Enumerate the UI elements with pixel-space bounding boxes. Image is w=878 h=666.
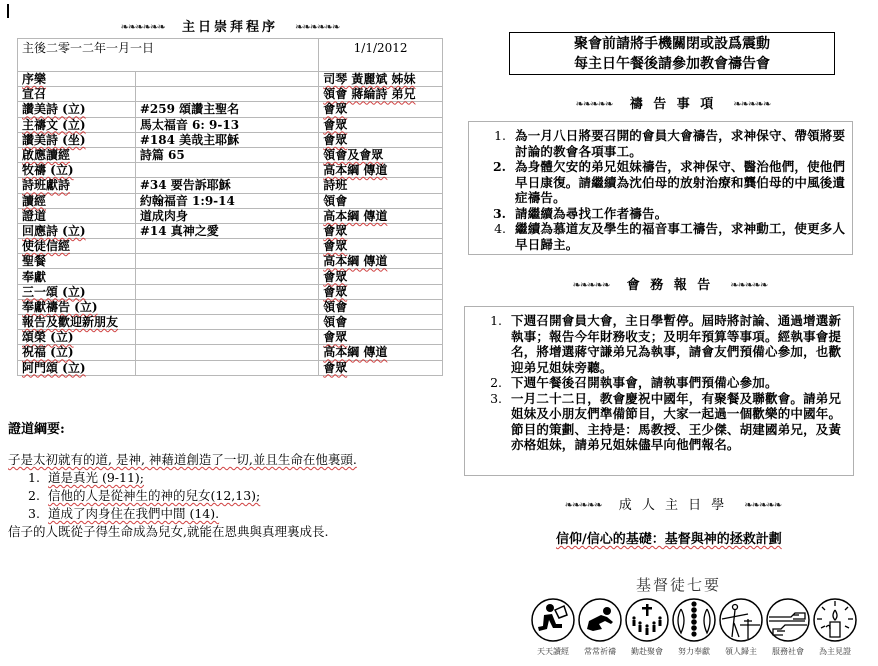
program-detail: #259 頌讚主聖名 [135,102,318,117]
program-leader: 高本綱 傳道 [319,254,443,269]
program-row: 奉獻禱告 (立)領會 [18,299,443,314]
program-item: 奉獻禱告 (立) [18,299,136,314]
phone-notice-box: 聚會前請將手機關閉或設爲震動 每主日午餐後請參加教會禱告會 [509,32,835,75]
program-row: 阿門頌 (立)會眾 [18,360,443,375]
program-leader: 會眾 [319,117,443,132]
fish-offering-icon [671,597,717,643]
program-leader: 高本綱 傳道 [319,208,443,223]
program-row: 聖餐高本綱 傳道 [18,254,443,269]
program-item: 主禱文 (立) [18,117,136,132]
program-row: 三一頌 (立)會眾 [18,284,443,299]
adult-class-title: ❧❧❧❧❧ 成 人 主 日 學 ❧❧❧❧❧ [510,494,836,513]
prayer-item: 3.請繼續為尋找工作者禱告。 [469,206,846,222]
program-leader: 領會 蔣綸詩 弟兄 [319,87,443,102]
outline-intro: 子是太初就有的道, 是神, 神藉道創造了一切,並且生命在他裏頭. [8,451,448,469]
program-row: 祝福 (立)高本綱 傳道 [18,345,443,360]
report-item: 2.下週午餐後召開執事會，請執事們預備心參加。 [465,375,847,391]
program-item: 詩班獻詩 [18,178,136,193]
program-item: 頌榮 (立) [18,330,136,345]
program-item: 回應詩 (立) [18,223,136,238]
ornament-left-icon: ❧❧❧❧❧ [576,99,613,110]
program-detail: #34 要告訴耶穌 [135,178,318,193]
program-detail [135,284,318,299]
date-row: 主後二零一二年一月一日 1/1/2012 [18,39,443,72]
program-leader: 會眾 [319,284,443,299]
essential-item: 領人歸主 [718,597,764,657]
program-leader: 會眾 [319,102,443,117]
program-leader: 會眾 [319,132,443,147]
serving-hands-icon [765,597,811,643]
program-item: 序樂 [18,72,136,87]
essential-item: 常常祈禱 [577,597,623,657]
program-detail: 約翰福音 1:9-14 [135,193,318,208]
program-title-text: 主日崇拜程序 [182,20,278,35]
notice-line-1: 聚會前請將手機關閉或設爲震動 [510,34,834,54]
outline-conclusion: 信子的人既從子得生命成為兒女,就能在恩典與真理裏成長. [8,523,448,541]
date-chinese: 主後二零一二年一月一日 [18,39,319,72]
outline-point: 1.道是真光 (9-11); [8,469,448,487]
lead-to-cross-icon [718,597,764,643]
program-item: 阿門頌 (立) [18,360,136,375]
program-detail: 詩篇 65 [135,147,318,162]
program-item: 證道 [18,208,136,223]
program-leader: 會眾 [319,239,443,254]
prayer-title-text: 禱 告 事 項 [630,97,717,112]
program-row: 回應詩 (立)#14 真神之愛會眾 [18,223,443,238]
program-item: 牧禱 (立) [18,163,136,178]
program-item: 讀經 [18,193,136,208]
program-detail: 馬太福音 6: 9-13 [135,117,318,132]
program-leader: 領會及會眾 [319,147,443,162]
program-row: 啟應讀經詩篇 65領會及會眾 [18,147,443,162]
prayer-item: 1.為一月八日將要召開的會員大會禱告，求神保守、帶領將要討論的教會各項事工。 [469,128,846,159]
program-leader: 高本綱 傳道 [319,345,443,360]
program-leader: 領會 [319,299,443,314]
ornament-right-icon: ❧❧❧❧❧❧ [295,22,339,33]
program-row: 主禱文 (立)馬太福音 6: 9-13會眾 [18,117,443,132]
ornament-left-icon: ❧❧❧❧❧ [573,280,610,291]
program-item: 報告及歡迎新朋友 [18,315,136,330]
ornament-right-icon: ❧❧❧❧❧ [730,280,767,291]
program-leader: 司琴 黃麗斌 姊妹 [319,72,443,87]
program-detail [135,330,318,345]
program-item: 讚美詩 (坐) [18,132,136,147]
ornament-right-icon: ❧❧❧❧❧ [733,99,770,110]
program-detail [135,360,318,375]
program-item: 聖餐 [18,254,136,269]
outline-heading: 證道綱要: [8,418,448,437]
essential-item: 服務社會 [765,597,811,657]
notice-line-2: 每主日午餐後請參加教會禱告會 [510,54,834,74]
ornament-left-icon: ❧❧❧❧❧❧ [121,22,165,33]
program-leader: 領會 [319,193,443,208]
reports-box: 1.下週召開會員大會，主日學暫停。屆時將討論、通過增選新執事；報告今年財務收支；… [464,306,854,476]
outline-point: 2.信他的人是從神生的神的兒女(12,13); [8,487,448,505]
program-row: 牧禱 (立)高本綱 傳道 [18,163,443,178]
ornament-left-icon: ❧❧❧❧❧ [565,500,602,511]
adult-class-title-text: 成 人 主 日 學 [619,498,728,513]
program-detail: 道成肉身 [135,208,318,223]
kneeling-prayer-icon [577,597,623,643]
program-item: 啟應讀經 [18,147,136,162]
program-row: 奉獻會眾 [18,269,443,284]
prayer-item: 4.繼續為慕道友及學生的福音事工禱告，求神動工，使更多人早日歸主。 [469,221,846,252]
reports-title-text: 會 務 報 告 [627,278,714,293]
text-cursor [7,4,9,18]
program-item: 三一頌 (立) [18,284,136,299]
program-leader: 會眾 [319,269,443,284]
essential-item: 天天讀經 [530,597,576,657]
program-leader: 會眾 [319,223,443,238]
program-detail [135,345,318,360]
adult-class-topic: 信仰/信心的基礎：基督與神的拯救計劃 [556,528,782,547]
program-row: 使徒信經會眾 [18,239,443,254]
program-leader: 詩班 [319,178,443,193]
program-leader: 會眾 [319,330,443,345]
prayer-title: ❧❧❧❧❧ 禱 告 事 項 ❧❧❧❧❧ [510,93,836,112]
sermon-outline: 證道綱要: 子是太初就有的道, 是神, 神藉道創造了一切,並且生命在他裏頭. 1… [8,418,448,541]
program-leader: 高本綱 傳道 [319,163,443,178]
date-numeric: 1/1/2012 [319,39,443,72]
program-detail: #184 美哉主耶穌 [135,132,318,147]
essential-item: 為主見證 [812,597,858,657]
seven-essentials-icons: 天天讀經 常常祈禱 勤赴聚會 努力奉獻 領人歸主 服務社會 為主見證 [530,597,858,657]
program-item: 讚美詩 (立) [18,102,136,117]
program-row: 讚美詩 (坐)#184 美哉主耶穌會眾 [18,132,443,147]
candle-witness-icon [812,597,858,643]
prayer-item: 2.為身體欠安的弟兄姐妹禱告，求神保守、醫治他們，使他們早日康復。請繼續為沈伯母… [469,159,846,206]
congregation-cross-icon [624,597,670,643]
program-detail: #14 真神之愛 [135,223,318,238]
program-item: 祝福 (立) [18,345,136,360]
program-row: 報告及歡迎新朋友領會 [18,315,443,330]
program-row: 宣召領會 蔣綸詩 弟兄 [18,87,443,102]
program-row: 讀經約翰福音 1:9-14領會 [18,193,443,208]
program-detail [135,299,318,314]
seven-essentials-title: 基督徒七要 [636,574,721,595]
outline-points: 1.道是真光 (9-11); 2.信他的人是從神生的神的兒女(12,13); 3… [8,469,448,523]
program-title: ❧❧❧❧❧❧ 主日崇拜程序 ❧❧❧❧❧❧ [80,16,380,35]
program-item: 奉獻 [18,269,136,284]
program-row: 序樂司琴 黃麗斌 姊妹 [18,72,443,87]
program-item: 宣召 [18,87,136,102]
essential-item: 努力奉獻 [671,597,717,657]
program-row: 讚美詩 (立)#259 頌讚主聖名會眾 [18,102,443,117]
program-detail [135,269,318,284]
reports-title: ❧❧❧❧❧ 會 務 報 告 ❧❧❧❧❧ [505,274,835,293]
program-detail [135,315,318,330]
program-leader: 會眾 [319,360,443,375]
program-detail [135,163,318,178]
prayer-items-box: 1.為一月八日將要召開的會員大會禱告，求神保守、帶領將要討論的教會各項事工。 2… [468,121,853,255]
program-detail [135,87,318,102]
program-item: 使徒信經 [18,239,136,254]
program-row: 詩班獻詩#34 要告訴耶穌詩班 [18,178,443,193]
reading-bible-icon [530,597,576,643]
report-item: 1.下週召開會員大會，主日學暫停。屆時將討論、通過增選新執事；報告今年財務收支；… [465,313,847,375]
program-row: 證道道成肉身高本綱 傳道 [18,208,443,223]
program-detail [135,239,318,254]
outline-point: 3.道成了肉身住在我們中間 (14). [8,505,448,523]
essential-item: 勤赴聚會 [624,597,670,657]
worship-program-table: 主後二零一二年一月一日 1/1/2012 序樂司琴 黃麗斌 姊妹宣召領會 蔣綸詩… [17,38,443,376]
ornament-right-icon: ❧❧❧❧❧ [744,500,781,511]
program-row: 頌榮 (立)會眾 [18,330,443,345]
report-item: 3.一月二十二日，教會慶祝中國年，有聚餐及聯歡會。請弟兄姐妹及小朋友們準備節目，… [465,391,847,453]
program-detail [135,254,318,269]
program-detail [135,72,318,87]
program-leader: 領會 [319,315,443,330]
